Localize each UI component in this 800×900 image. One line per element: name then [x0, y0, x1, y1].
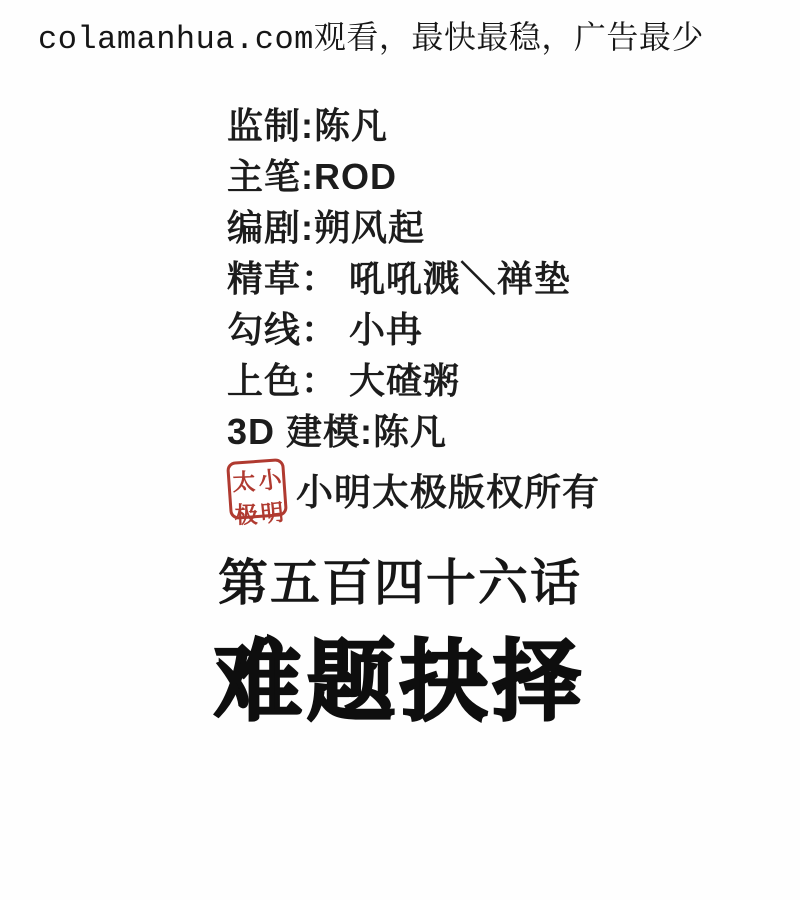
credit-lead-artist: 主笔:ROD	[227, 151, 571, 202]
credits-list: 监制:陈凡 主笔:ROD 编剧:朔风起 精草： 吼吼溅＼禅垫 勾线： 小冉 上色…	[227, 100, 571, 457]
seal-char-ming: 明	[258, 494, 284, 529]
manhua-credits-page: colamanhua.com观看，最快最稳，广告最少 监制:陈凡 主笔:ROD …	[0, 0, 800, 900]
chapter-number: 第五百四十六话	[0, 543, 800, 615]
seal-char-xiao: 小	[256, 461, 283, 497]
credit-line-art: 勾线： 小冉	[227, 304, 571, 355]
chapter-title: 难题抉择	[0, 612, 800, 738]
credit-supervisor: 监制:陈凡	[227, 100, 571, 151]
credit-coloring: 上色： 大碴粥	[227, 355, 571, 406]
copyright-notice: 小明太极版权所有	[296, 462, 600, 516]
seal-char-tai: 太	[231, 464, 255, 498]
site-watermark-text: colamanhua.com观看，最快最稳，广告最少	[38, 12, 704, 58]
copyright-row: 太 小 极 明 小明太极版权所有	[228, 460, 600, 518]
seal-char-ji: 极	[234, 497, 258, 530]
credit-refined-sketch: 精草： 吼吼溅＼禅垫	[227, 253, 571, 304]
credit-3d-modeling: 3D 建模:陈凡	[227, 406, 571, 457]
publisher-seal-icon: 太 小 极 明	[226, 458, 288, 520]
credit-screenwriter: 编剧:朔风起	[227, 202, 571, 253]
